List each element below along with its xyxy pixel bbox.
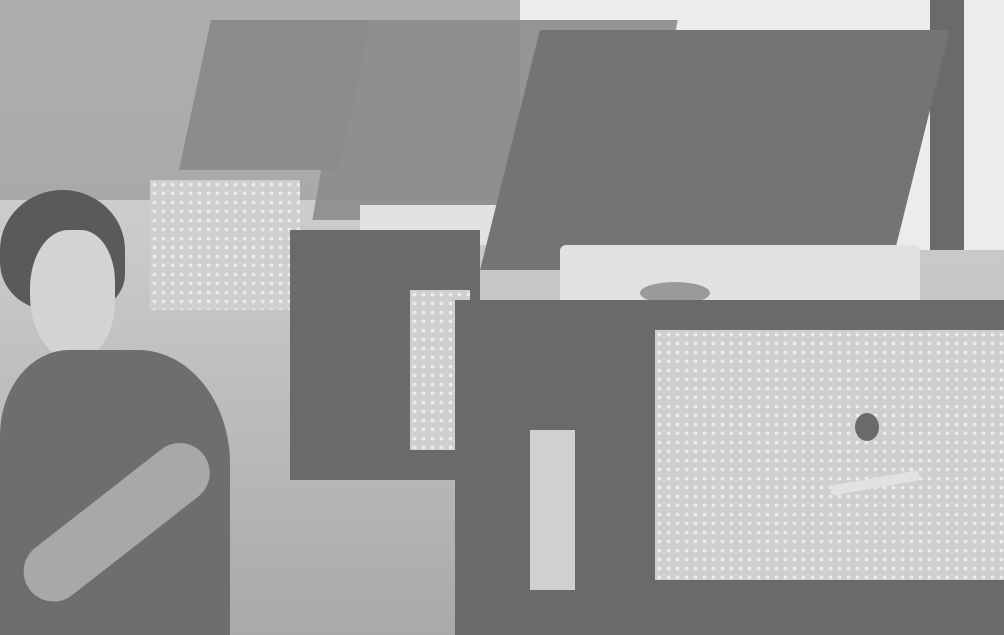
side-panel: [530, 430, 575, 590]
photograph: [0, 0, 1004, 635]
radiogram-cabinet-foreground-lid: [480, 30, 950, 270]
speaker-grille: [655, 330, 1004, 580]
woman-face: [30, 230, 115, 360]
badge-emblem: [855, 413, 879, 441]
radiogram-cabinet-back: [150, 180, 300, 310]
